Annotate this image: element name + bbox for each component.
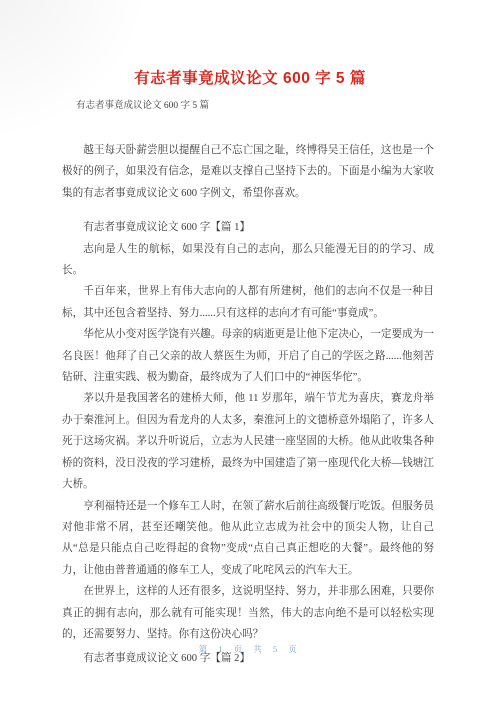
section-heading-part1: 有志者事竟成议论文 600 字【篇 1】: [62, 217, 434, 238]
document-title: 有志者事竟成议论文 600 字 5 篇: [30, 69, 470, 89]
body-paragraph: 茅以升是我国著名的建桥大师，他 11 岁那年，端午节尤为喜庆，赛龙舟举办于秦淮河…: [62, 388, 434, 495]
document-subtitle: 有志者事竟成议论文 600 字 5 篇: [76, 100, 434, 113]
body-paragraph: 志向是人生的航标，如果没有自己的志向，那么只能漫无目的的学习、成长。: [62, 239, 434, 282]
body-paragraph: 亨利福特还是一个修车工人时，在领了薪水后前往高级餐厅吃饭。但服务员对他非常不屑，…: [62, 496, 434, 582]
intro-paragraph: 越王每天卧薪尝胆以提醒自己不忘亡国之耻，终博得吴王信任，这也是一个极好的例子，如…: [62, 140, 434, 204]
body-paragraph: 在世界上，这样的人还有很多，这说明坚持、努力，并非那么困难，只要你真正的拥有志向…: [62, 581, 434, 645]
document-page: 有志者事竟成议论文 600 字 5 篇 有志者事竟成议论文 600 字 5 篇 …: [0, 0, 500, 707]
page-number-footer: 第 1 页 共 5 页: [0, 643, 500, 655]
body-paragraph: 千百年来，世界上有伟大志向的人都有所建树，他们的志向不仅是一种目标，其中还包含着…: [62, 281, 434, 324]
body-paragraph: 华佗从小变对医学饶有兴趣。母亲的病逝更是让他下定决心，一定要成为一名良医！他拜了…: [62, 324, 434, 388]
document-body: 越王每天卧薪尝胆以提醒自己不忘亡国之耻，终博得吴王信任，这也是一个极好的例子，如…: [62, 140, 434, 670]
